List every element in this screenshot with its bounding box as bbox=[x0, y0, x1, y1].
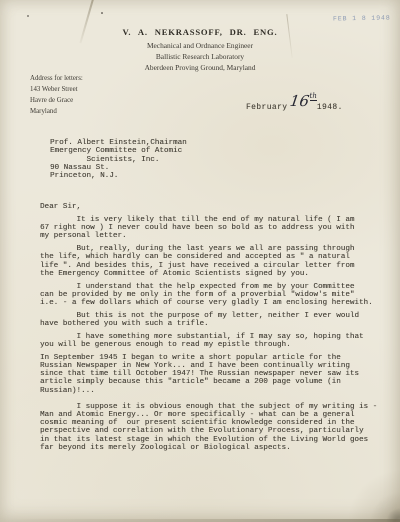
date-year: 1948. bbox=[317, 104, 343, 112]
paragraph-6: In September 1945 I began to write a sho… bbox=[40, 354, 396, 395]
salutation: Dear Sir, bbox=[40, 203, 81, 211]
corner-shadow bbox=[340, 452, 400, 522]
letter-page: FEB 1 8 1948 V. A. NEKRASSOFF, DR. ENG. … bbox=[0, 0, 400, 522]
received-date-stamp: FEB 1 8 1948 bbox=[333, 14, 391, 22]
handwritten-ordinal: th bbox=[310, 92, 317, 101]
date-line: February16th1948. bbox=[246, 95, 343, 115]
recipient-address-block: Prof. Albert Einstein,Chairman Emergency… bbox=[50, 139, 187, 180]
paragraph-2: But, really, during the last years we al… bbox=[40, 245, 396, 278]
date-month: February bbox=[246, 104, 287, 112]
letter-body: It is very likely that till the end of m… bbox=[40, 216, 396, 457]
sender-address-street: 143 Weber Street bbox=[30, 84, 83, 95]
paper-speck bbox=[101, 12, 103, 14]
handwritten-day: 16 bbox=[289, 92, 311, 110]
paragraph-3: I understand that the help expected from… bbox=[40, 283, 396, 308]
sender-address-block: Address for letters: 143 Weber Street Ha… bbox=[30, 73, 83, 117]
sender-address-label: Address for letters: bbox=[30, 73, 83, 84]
letterhead-laboratory: Ballistic Research Laboratory bbox=[0, 51, 400, 62]
paper-speck bbox=[27, 15, 29, 17]
paragraph-4: But this is not the purpose of my letter… bbox=[40, 312, 396, 328]
letterhead-location: Aberdeen Proving Ground, Maryland bbox=[0, 62, 400, 73]
letterhead-name: V. A. NEKRASSOFF, DR. ENG. bbox=[0, 27, 400, 37]
sender-address-state: Maryland bbox=[30, 106, 83, 117]
paragraph-7: I suppose it is obvious enough that the … bbox=[40, 403, 396, 452]
letterhead: V. A. NEKRASSOFF, DR. ENG. Mechanical an… bbox=[0, 27, 400, 73]
sender-address-city: Havre de Grace bbox=[30, 95, 83, 106]
letterhead-title: Mechanical and Ordnance Engineer bbox=[0, 40, 400, 51]
paragraph-5: I have something more substantial, if I … bbox=[40, 333, 396, 349]
paragraph-1: It is very likely that till the end of m… bbox=[40, 216, 396, 241]
